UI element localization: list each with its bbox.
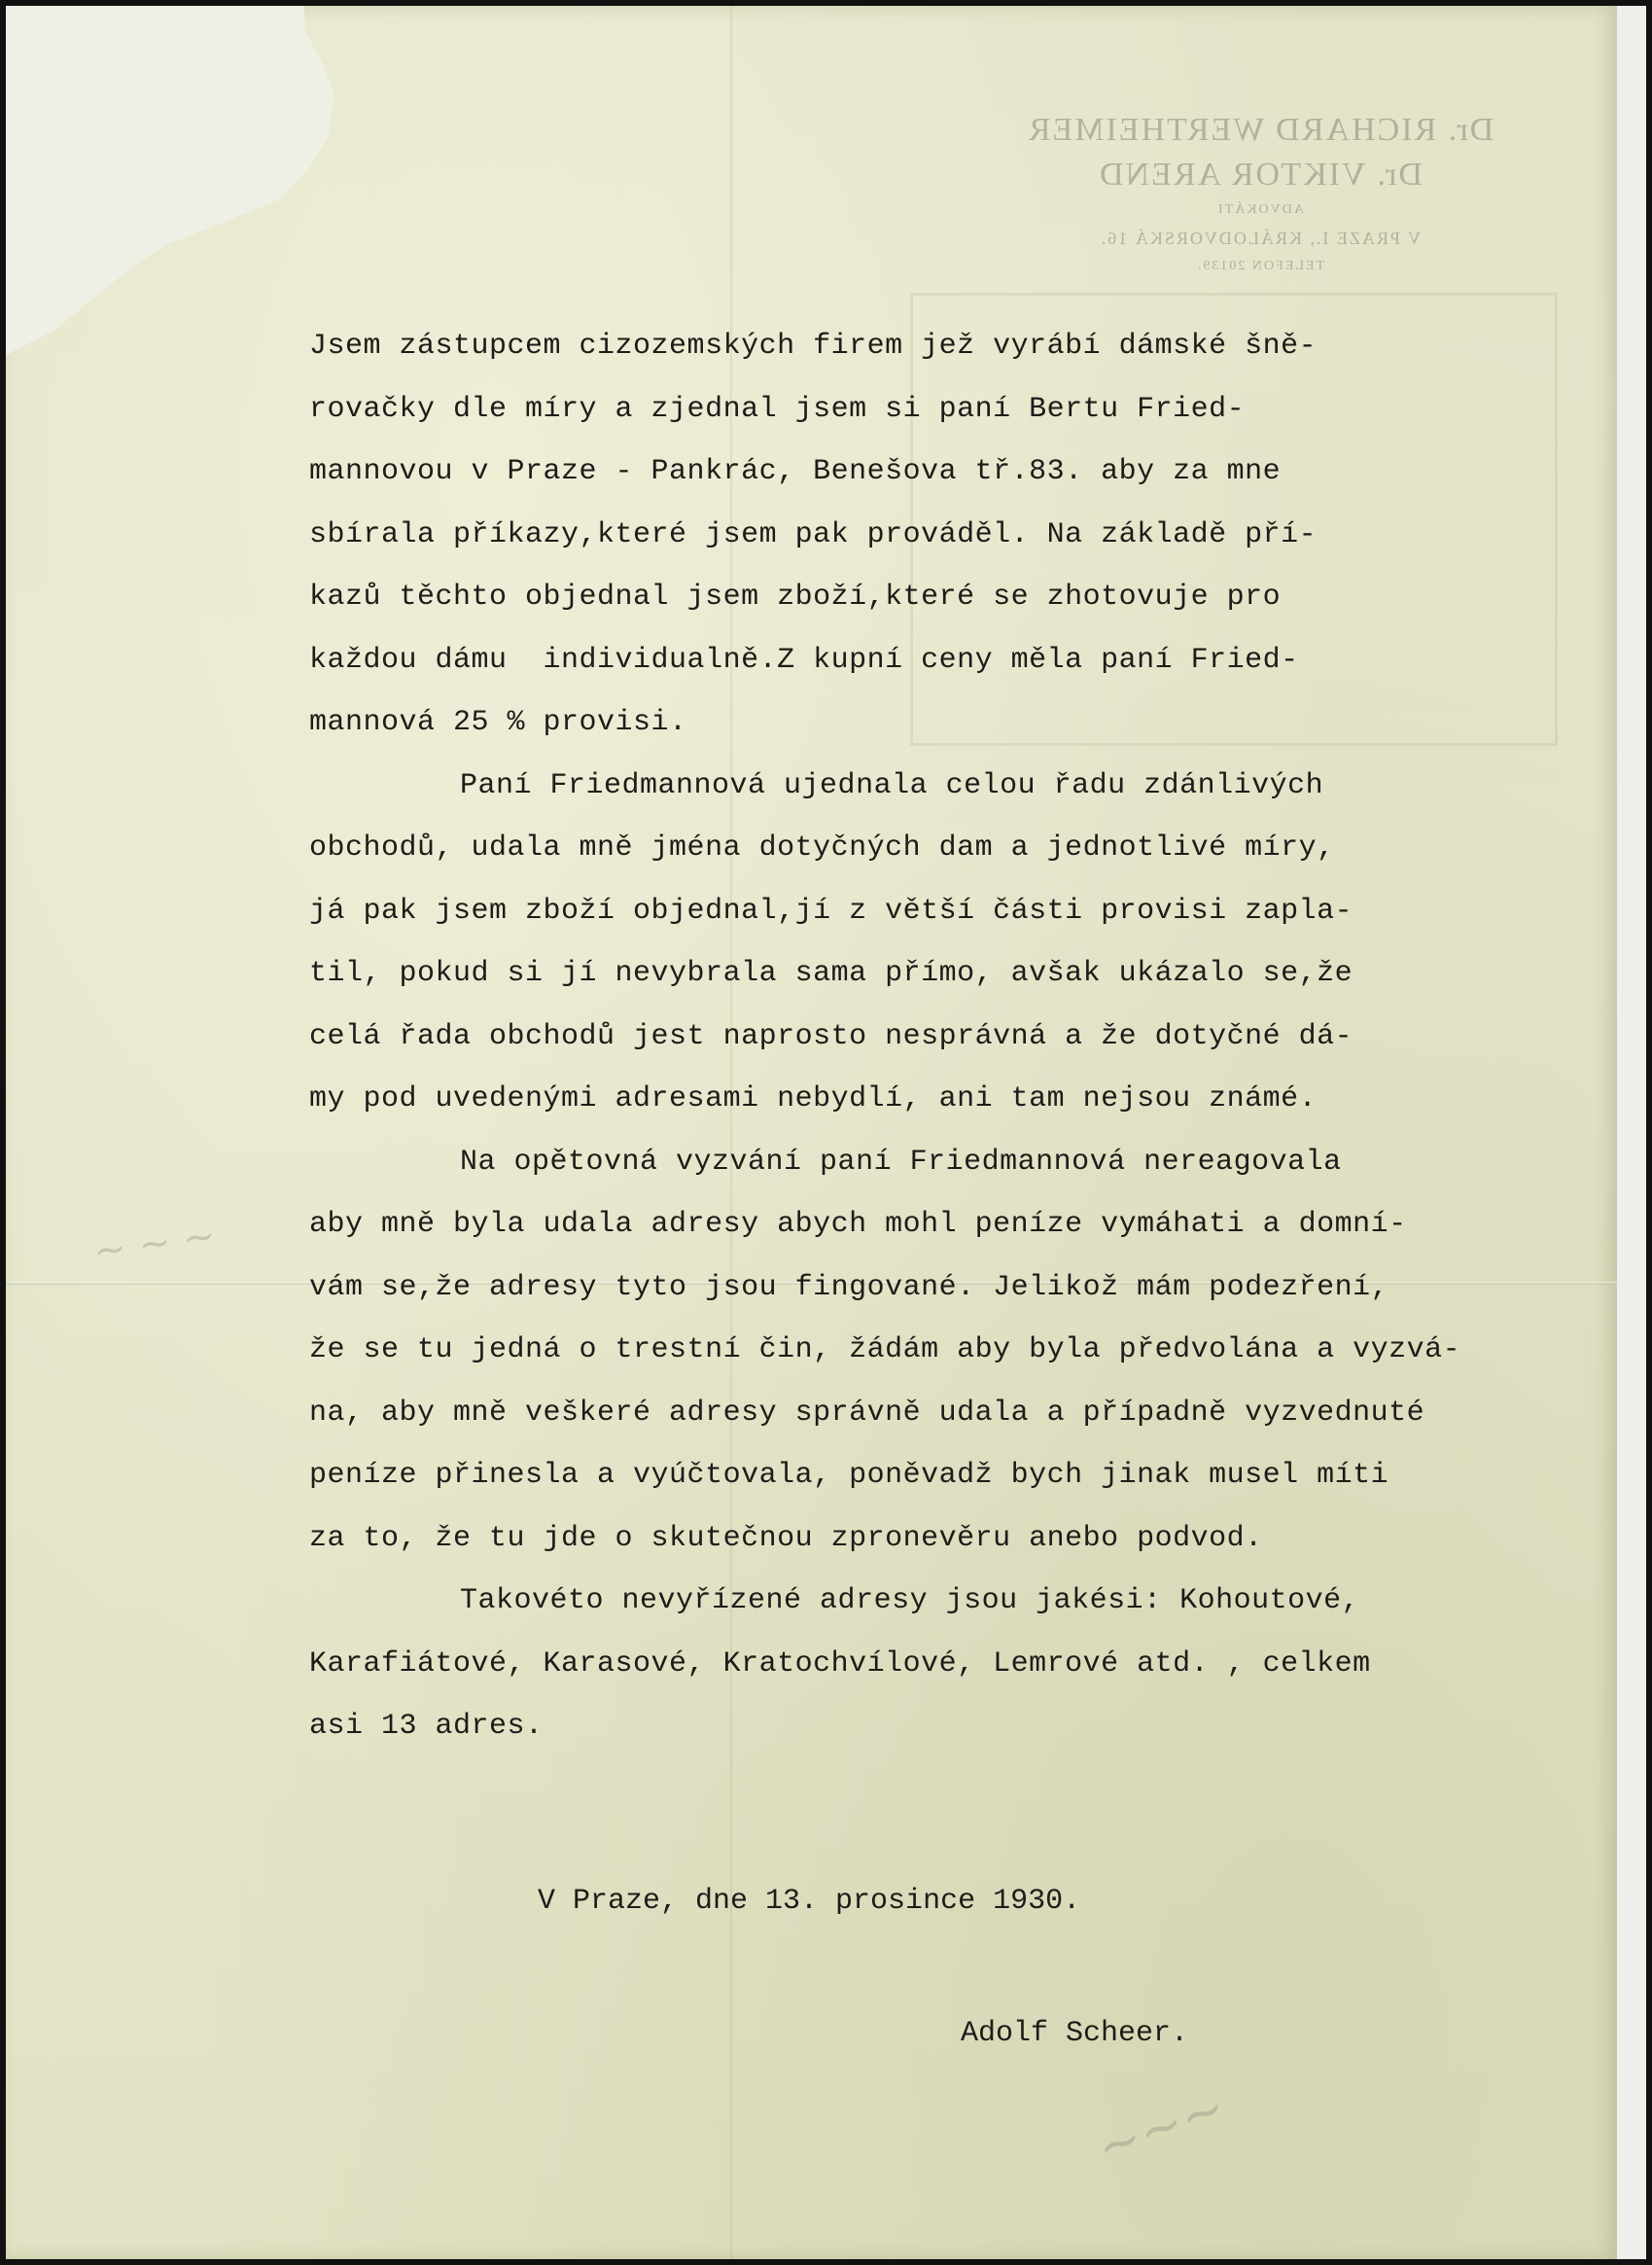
- letterhead-phone: TELEFON 20139.: [988, 254, 1532, 279]
- text-line: každou dámu individualně.Z kupní ceny mě…: [309, 629, 1554, 692]
- paragraph-1: Jsem zástupcem cizozemských firem jež vy…: [309, 315, 1554, 755]
- pencil-marks-bottom-right: ~~~: [1088, 2076, 1233, 2179]
- scan-frame: Dr. RICHARD WERTHEIMER Dr. VIKTOR AREND …: [6, 6, 1646, 2259]
- paragraph-4: Takovéto nevyřízené adresy jsou jakési: …: [309, 1570, 1554, 1758]
- letterhead-profession: ADVOKÁTI: [988, 197, 1532, 223]
- letterhead-name-2: Dr. VIKTOR AREND: [988, 153, 1532, 197]
- text-line: rovačky dle míry a zjednal jsem si paní …: [309, 378, 1554, 442]
- text-line: Jsem zástupcem cizozemských firem jež vy…: [309, 315, 1554, 378]
- text-line: mannovou v Praze - Pankrác, Benešova tř.…: [309, 441, 1554, 504]
- text-line: sbírala příkazy,které jsem pak prováděl.…: [309, 504, 1554, 567]
- letterhead-address: V PRAZE I., KRÁLODVORSKÁ 16.: [988, 223, 1532, 254]
- paragraph-2: Paní Friedmannová ujednala celou řadu zd…: [309, 755, 1554, 1131]
- scan-background-edge: [1617, 6, 1646, 2259]
- letter-body: Jsem zástupcem cizozemských firem jež vy…: [309, 315, 1554, 1758]
- text-line: že se tu jedná o trestní čin, žádám aby …: [309, 1319, 1554, 1382]
- pencil-marks-left: ~ ~ ~: [90, 1213, 218, 1274]
- text-line: vám se,že adresy tyto jsou fingované. Je…: [309, 1256, 1554, 1320]
- letter-date: V Praze, dne 13. prosince 1930.: [538, 1885, 1080, 1918]
- text-line: za to, že tu jde o skutečnou zpronevěru …: [309, 1507, 1554, 1571]
- paragraph-3: Na opětovná vyzvání paní Friedmannová ne…: [309, 1131, 1554, 1571]
- text-line: Paní Friedmannová ujednala celou řadu zd…: [309, 755, 1554, 818]
- letterhead-show-through: Dr. RICHARD WERTHEIMER Dr. VIKTOR AREND …: [988, 108, 1532, 279]
- text-line: peníze přinesla a vyúčtovala, poněvadž b…: [309, 1444, 1554, 1507]
- text-line: na, aby mně veškeré adresy správně udala…: [309, 1382, 1554, 1445]
- text-line: já pak jsem zboží objednal,jí z větší čá…: [309, 880, 1554, 943]
- text-line: Takovéto nevyřízené adresy jsou jakési: …: [309, 1570, 1554, 1633]
- letter-paper: Dr. RICHARD WERTHEIMER Dr. VIKTOR AREND …: [6, 6, 1617, 2259]
- text-line: til, pokud si jí nevybrala sama přímo, a…: [309, 942, 1554, 1006]
- text-line: Karafiátové, Karasové, Kratochvílové, Le…: [309, 1633, 1554, 1696]
- text-line: celá řada obchodů jest naprosto nesprávn…: [309, 1006, 1554, 1069]
- text-line: Na opětovná vyzvání paní Friedmannová ne…: [309, 1131, 1554, 1194]
- text-line: aby mně byla udala adresy abych mohl pen…: [309, 1193, 1554, 1256]
- text-line: kazů těchto objednal jsem zboží,které se…: [309, 566, 1554, 629]
- text-line: mannová 25 % provisi.: [309, 691, 1554, 755]
- letter-signature: Adolf Scheer.: [961, 2017, 1188, 2050]
- text-line: obchodů, udala mně jména dotyčných dam a…: [309, 817, 1554, 880]
- text-line: asi 13 adres.: [309, 1695, 1554, 1758]
- letterhead-name-1: Dr. RICHARD WERTHEIMER: [988, 108, 1532, 153]
- text-line: my pod uvedenými adresami nebydlí, ani t…: [309, 1068, 1554, 1131]
